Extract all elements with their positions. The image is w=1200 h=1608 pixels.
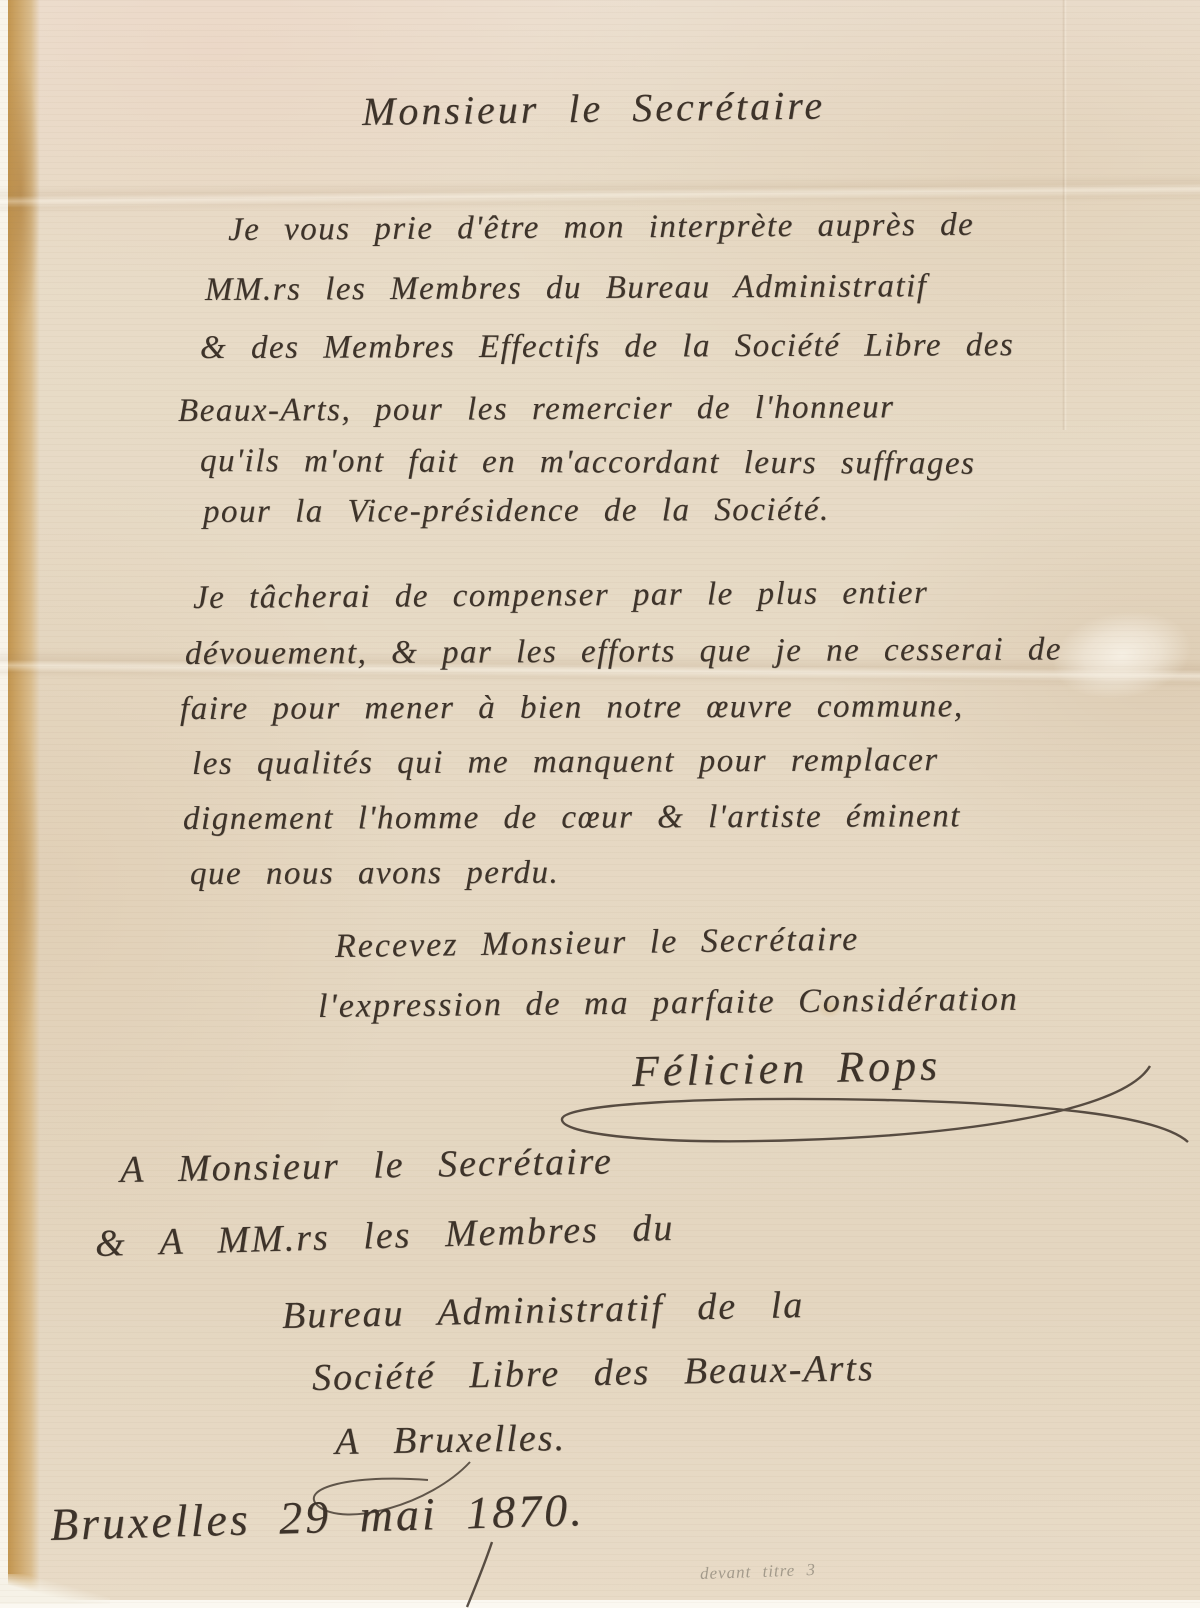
body-line-p2-3: faire pour mener à bien notre œuvre comm…: [180, 688, 964, 728]
body-line-p2-4: les qualités qui me manquent pour rempla…: [192, 742, 939, 783]
body-line-p2-1: Je tâcherai de compenser par le plus ent…: [193, 575, 929, 617]
body-line-p1-5: qu'ils m'ont fait en m'accordant leurs s…: [200, 443, 976, 483]
address-line-3: Bureau Administratif de la: [282, 1283, 805, 1338]
fold-crease-top: [0, 173, 1200, 214]
address-line-1: A Monsieur le Secrétaire: [120, 1139, 614, 1192]
body-line-p1-3: & des Membres Effectifs de la Société Li…: [200, 327, 1014, 367]
address-line-5: A Bruxelles.: [335, 1416, 567, 1464]
closing-line-1: Recevez Monsieur le Secrétaire: [335, 921, 860, 966]
address-line-4: Société Libre des Beaux-Arts: [312, 1346, 875, 1400]
paper-damage-patch: [1046, 602, 1198, 709]
signature: Félicien Rops: [631, 1040, 941, 1097]
date-line: Bruxelles 29 mai 1870.: [49, 1483, 585, 1551]
body-line-p1-1: Je vous prie d'être mon interprète auprè…: [228, 207, 975, 249]
body-line-p1-4: Beaux-Arts, pour les remercier de l'honn…: [178, 389, 895, 430]
fold-crease-vertical: [1062, 0, 1067, 430]
pencil-annotation: devant titre 3: [700, 1560, 817, 1584]
scan-background-left-edge: [0, 0, 8, 1608]
date-descender-stroke: [467, 1542, 492, 1607]
closing-line-2: l'expression de ma parfaite Considératio…: [318, 981, 1019, 1026]
body-line-p1-2: MM.rs les Membres du Bureau Administrati…: [205, 268, 928, 309]
body-line-p2-6: que nous avons perdu.: [190, 855, 559, 893]
letter-scan: Monsieur le Secrétaire Je vous prie d'êt…: [0, 0, 1200, 1608]
body-line-p2-5: dignement l'homme de cœur & l'artiste ém…: [183, 798, 961, 838]
paper-bottom-left-corner: [0, 1574, 110, 1604]
salutation-line: Monsieur le Secrétaire: [362, 82, 826, 135]
body-line-p1-6: pour la Vice-présidence de la Société.: [203, 492, 830, 531]
scan-background-bottom-edge: [0, 1600, 1200, 1608]
paper-left-deckle-edge: [8, 0, 40, 1608]
body-line-p2-2: dévouement, & par les efforts que je ne …: [185, 631, 1062, 673]
address-line-2: & A MM.rs les Membres du: [94, 1206, 675, 1266]
